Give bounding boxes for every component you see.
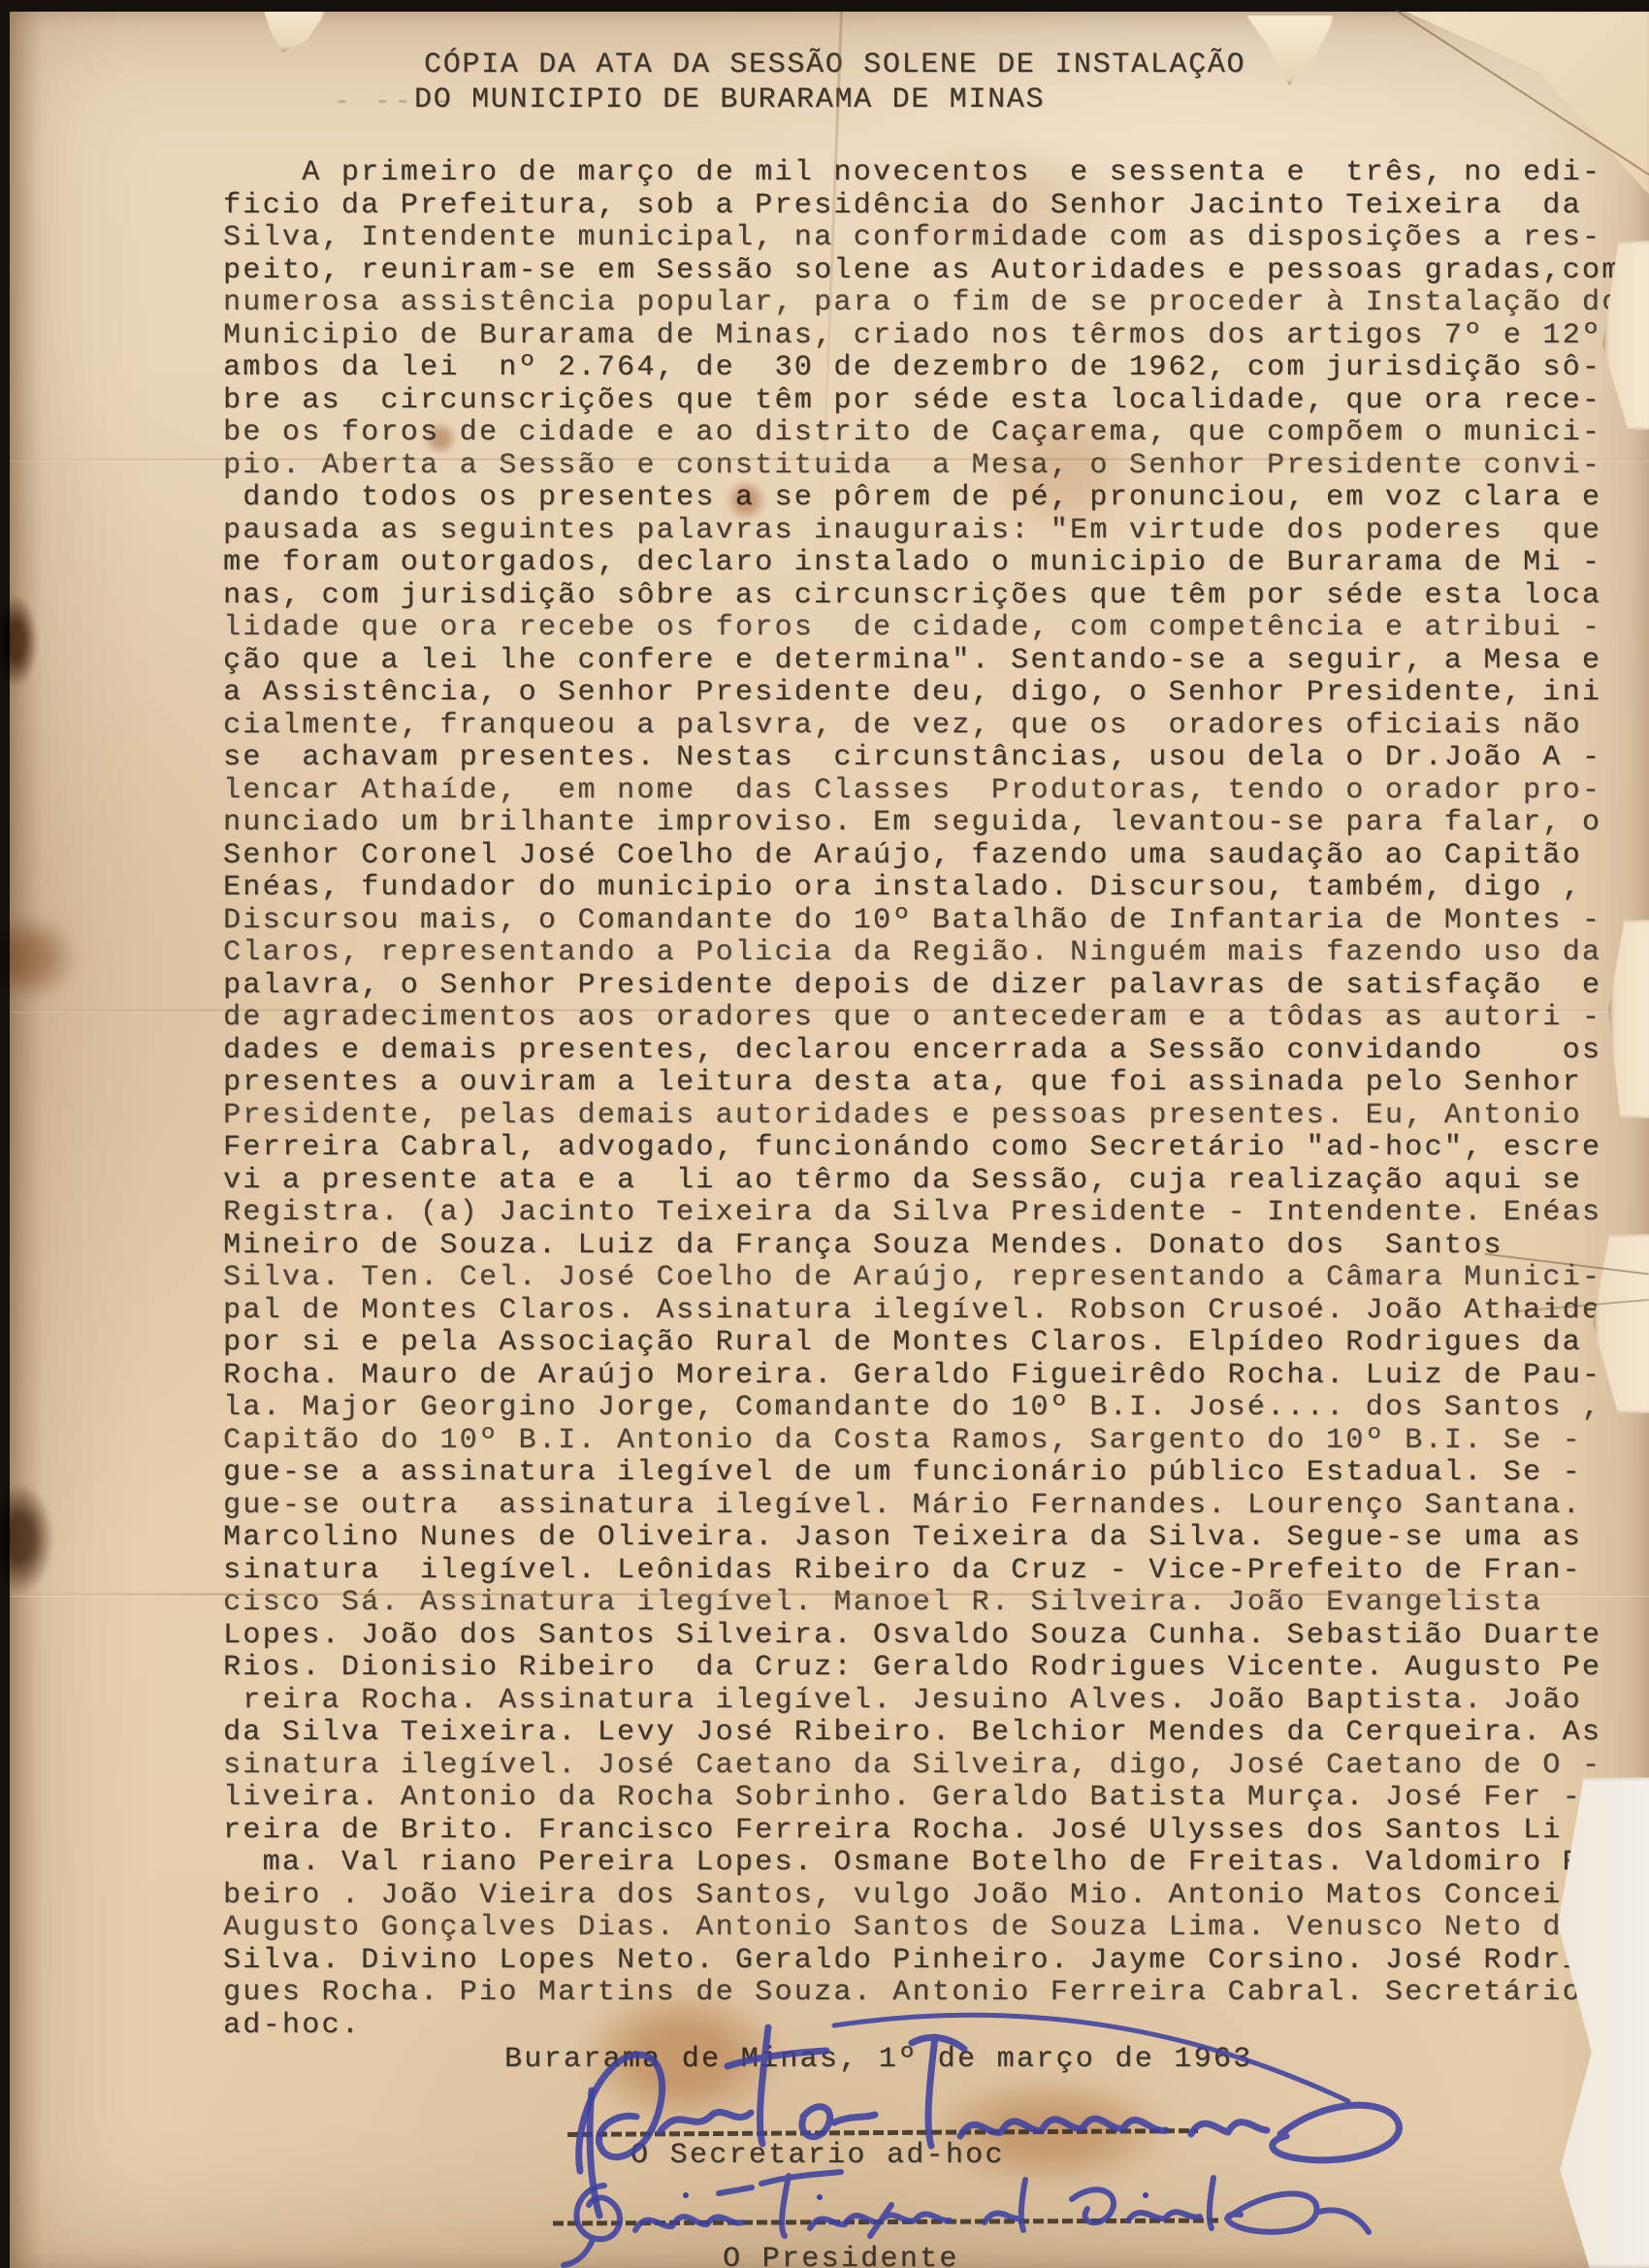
body-line: Registra. (a) Jacinto Teixeira da Silva … xyxy=(223,1197,1630,1230)
document-body: A primeiro de março de mil novecentos e … xyxy=(223,157,1630,2042)
body-line: A primeiro de março de mil novecentos e … xyxy=(223,157,1630,190)
body-line: peito, reuniram-se em Sessão solene as A… xyxy=(223,255,1630,288)
body-line: ambos da lei nº 2.764, de 30 de dezembro… xyxy=(223,352,1630,385)
body-line: bre as circunscrições que têm por séde e… xyxy=(223,385,1630,418)
body-line: sinatura ilegível. Leônidas Ribeiro da C… xyxy=(223,1555,1630,1588)
body-line: Municipio de Burarama de Minas, criado n… xyxy=(223,320,1630,353)
body-line: ma. Val riano Pereira Lopes. Osmane Bote… xyxy=(223,1847,1630,1880)
body-line: ção que a lei lhe confere e determina". … xyxy=(223,645,1630,678)
body-line: liveira. Antonio da Rocha Sobrinho. Gera… xyxy=(223,1782,1630,1815)
body-line: se achavam presentes. Nestas circunstânc… xyxy=(223,742,1630,775)
body-line: numerosa assistência popular, para o fim… xyxy=(223,287,1630,320)
scanner-background: CÓPIA DA ATA DA SESSÃO SOLENE DE INSTALA… xyxy=(0,0,1649,2268)
body-line: Senhor Coronel José Coelho de Araújo, fa… xyxy=(223,840,1630,873)
body-line: Rocha. Mauro de Araújo Moreira. Geraldo … xyxy=(223,1360,1630,1393)
body-line: Mineiro de Souza. Luiz da França Souza M… xyxy=(223,1230,1630,1263)
body-line: Silva. Ten. Cel. José Coelho de Araújo, … xyxy=(223,1262,1630,1295)
body-line: Augusto Gonçalves Dias. Antonio Santos d… xyxy=(223,1912,1630,1945)
body-line: de agradecimentos aos oradores que o ant… xyxy=(223,1002,1630,1035)
body-line: reira Rocha. Assinatura ilegível. Jesuin… xyxy=(223,1685,1630,1718)
body-line: nunciado um brilhante improviso. Em segu… xyxy=(223,807,1630,840)
body-line: cialmente, franqueou a palsvra, de vez, … xyxy=(223,710,1630,743)
document-page: CÓPIA DA ATA DA SESSÃO SOLENE DE INSTALA… xyxy=(10,12,1649,2268)
body-line: palavra, o Senhor Presidente depois de d… xyxy=(223,970,1630,1003)
body-line: Ferreira Cabral, advogado, funcionándo c… xyxy=(223,1132,1630,1165)
body-line: beiro . João Vieira dos Santos, vulgo Jo… xyxy=(223,1880,1630,1913)
body-line: cisco Sá. Assinatura ilegível. Manoel R.… xyxy=(223,1587,1630,1620)
body-line: pio. Aberta a Sessão e constituida a Mes… xyxy=(223,450,1630,483)
body-line: dando todos os presentes a se pôrem de p… xyxy=(223,482,1630,515)
document-title-line2: DO MUNICIPIO DE BURARAMA DE MINAS xyxy=(414,83,1045,116)
body-line: Marcolino Nunes de Oliveira. Jason Teixe… xyxy=(223,1522,1630,1555)
body-line: gue-se a assinatura ilegível de um funci… xyxy=(223,1457,1630,1490)
body-line: lencar Athaíde, em nome das Classes Prod… xyxy=(223,775,1630,808)
body-line: Presidente, pelas demais autoridades e p… xyxy=(223,1100,1630,1133)
body-line: Discursou mais, o Comandante do 10º Bata… xyxy=(223,905,1630,938)
body-line: me foram outorgados, declaro instalado o… xyxy=(223,547,1630,580)
body-line: lidade que ora recebe os foros de cidade… xyxy=(223,612,1630,645)
body-line: Enéas, fundador do municipio ora instala… xyxy=(223,872,1630,905)
body-line: nas, com jurisdição sôbre as circunscriç… xyxy=(223,580,1630,613)
body-line: sinatura ilegível. José Caetano da Silve… xyxy=(223,1750,1630,1783)
body-line: la. Major Georgino Jorge, Comandante do … xyxy=(223,1392,1630,1425)
body-line: vi a presente ata e a li ao têrmo da Ses… xyxy=(223,1165,1630,1198)
body-line: pal de Montes Claros. Assinatura ilegíve… xyxy=(223,1295,1630,1328)
body-line: Claros, representando a Policia da Regiã… xyxy=(223,937,1630,970)
body-line: presentes a ouviram a leitura desta ata,… xyxy=(223,1067,1630,1100)
body-line: Rios. Dionisio Ribeiro da Cruz: Geraldo … xyxy=(223,1652,1630,1685)
body-line: da Silva Teixeira. Levy José Ribeiro. Be… xyxy=(223,1717,1630,1750)
body-line: por si e pela Associação Rural de Montes… xyxy=(223,1327,1630,1360)
body-line: be os foros de cidade e ao distrito de C… xyxy=(223,417,1630,450)
body-line: pausada as seguintes palavras inaugurais… xyxy=(223,515,1630,548)
president-signature xyxy=(529,2158,1382,2268)
body-line: Capitão do 10º B.I. Antonio da Costa Ram… xyxy=(223,1425,1630,1458)
body-line: gues Rocha. Pio Martins de Souza. Antoni… xyxy=(223,1977,1630,2010)
document-title-line1: CÓPIA DA ATA DA SESSÃO SOLENE DE INSTALA… xyxy=(424,49,1245,81)
body-line: Silva. Divino Lopes Neto. Geraldo Pinhei… xyxy=(223,1945,1630,1978)
body-line: ficio da Prefeitura, sob a Presidência d… xyxy=(223,190,1630,223)
body-line: Lopes. João dos Santos Silveira. Osvaldo… xyxy=(223,1620,1630,1653)
body-line: dades e demais presentes, declarou encer… xyxy=(223,1035,1630,1068)
body-line: reira de Brito. Francisco Ferreira Rocha… xyxy=(223,1815,1630,1848)
body-line: a Assistência, o Senhor Presidente deu, … xyxy=(223,677,1630,710)
body-line: Silva, Intendente municipal, na conformi… xyxy=(223,222,1630,255)
body-line: gue-se outra assinatura ilegível. Mário … xyxy=(223,1490,1630,1523)
